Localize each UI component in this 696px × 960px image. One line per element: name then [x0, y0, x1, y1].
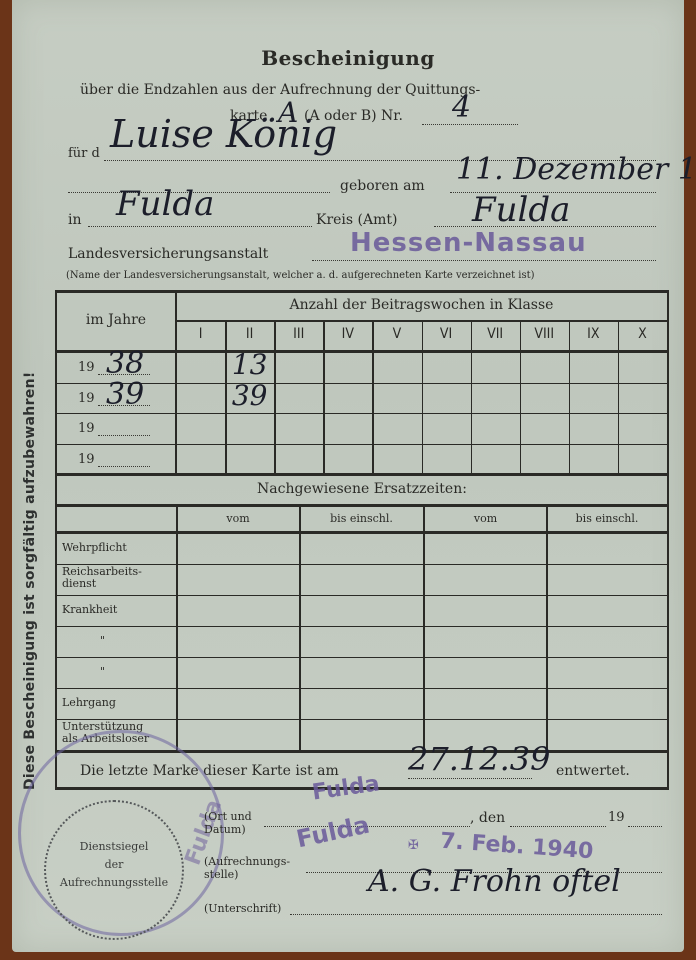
substitute-row-label: Wehrpflicht — [62, 542, 127, 554]
class-column-divider — [520, 321, 522, 473]
substitute-header-divider — [57, 504, 667, 507]
insurer-label: Landesversicherungsanstalt — [68, 246, 268, 262]
year-row-divider — [57, 383, 667, 384]
substitute-header: Nachgewiesene Ersatzzeiten: — [57, 481, 667, 497]
year-prefix: 19 — [78, 421, 95, 436]
substitute-row-divider — [57, 564, 667, 565]
district: Fulda — [472, 190, 570, 230]
year-header: im Jahre — [57, 312, 175, 328]
birthplace-line — [88, 226, 312, 227]
sub-col-divider-3 — [423, 505, 425, 750]
substitute-columns-divider — [57, 531, 667, 534]
weeks-cell: 39 — [225, 379, 274, 412]
seal-line-1: Dienstsiegel — [44, 840, 184, 853]
class-header-5: V — [372, 326, 421, 342]
class-header-1: I — [176, 326, 225, 342]
substitute-row-label: " — [100, 635, 105, 647]
document-title: Bescheinigung — [0, 46, 696, 70]
class-column-divider — [422, 321, 424, 473]
district-label: Kreis (Amt) — [316, 212, 397, 228]
table-left-border — [55, 290, 57, 788]
card-number: 4 — [452, 90, 471, 125]
year-value: 39 — [106, 377, 144, 412]
class-column-divider — [274, 321, 276, 473]
year-label: 19 — [608, 810, 625, 825]
year-prefix: 19 — [78, 452, 95, 467]
class-header-9: IX — [569, 326, 618, 342]
weeks-cell: 13 — [225, 348, 274, 381]
insurer-stamp: Hessen-Nassau — [350, 228, 587, 258]
classes-header: Anzahl der Beitragswochen in Klasse — [176, 297, 667, 313]
class-column-divider — [618, 321, 620, 473]
last-stamp-suffix: entwertet. — [556, 763, 630, 779]
substitute-row-divider — [57, 719, 667, 720]
side-note: Diese Bescheinigung ist sorgfältig aufzu… — [22, 371, 38, 790]
office-label-2: stelle) — [204, 868, 238, 881]
year-row-divider — [57, 413, 667, 414]
class-column-divider — [471, 321, 473, 473]
seal-line-2: der — [44, 858, 184, 871]
place-label-1: (Ort und — [204, 810, 252, 823]
den-label: , den — [470, 810, 505, 826]
office-label-1: (Aufrechnungs- — [204, 855, 290, 868]
person-name: Luise König — [110, 112, 337, 156]
class-column-divider — [372, 321, 374, 473]
place-label-2: Datum) — [204, 823, 246, 836]
contributions-bottom-border — [57, 473, 667, 476]
class-header-2: II — [225, 326, 274, 342]
insurer-line — [312, 260, 656, 261]
sub-col-divider-1 — [176, 505, 178, 750]
table-top-border — [55, 290, 669, 293]
table-right-border — [667, 290, 669, 788]
signature-line — [290, 914, 662, 915]
birth-date: 11. Dezember 1920 — [456, 152, 696, 187]
column-bis-2: bis einschl. — [547, 512, 667, 525]
last-stamp-line — [408, 778, 532, 779]
date-line — [510, 826, 606, 827]
column-bis-1: bis einschl. — [300, 512, 423, 525]
year-prefix: 19 — [78, 391, 95, 406]
header-bottom-border — [57, 350, 667, 353]
class-column-divider — [569, 321, 571, 473]
year-line — [98, 435, 150, 436]
substitute-row-label: Lehrgang — [62, 697, 116, 709]
sub-col-divider-2 — [299, 505, 301, 750]
for-label: für d — [68, 146, 100, 161]
substitute-row-label: Krankheit — [62, 604, 117, 616]
class-header-10: X — [618, 326, 667, 342]
substitute-row-label: Reichsarbeits- dienst — [62, 566, 142, 590]
sub-col-divider-4 — [546, 505, 548, 750]
year-prefix: 19 — [78, 360, 95, 375]
birthplace: Fulda — [116, 184, 214, 224]
year-line — [628, 826, 662, 827]
class-header-3: III — [274, 326, 323, 342]
column-vom-2: vom — [425, 512, 546, 525]
substitute-row-divider — [57, 626, 667, 627]
substitute-row-divider — [57, 657, 667, 658]
in-label: in — [68, 212, 82, 228]
substitute-row-divider — [57, 595, 667, 596]
born-label: geboren am — [340, 178, 425, 194]
stamp-emblem-icon: ✠ — [408, 838, 419, 853]
last-stamp-date: 27.12.39 — [408, 740, 551, 778]
class-column-divider — [323, 321, 325, 473]
insurer-note: (Name der Landesversicherungsanstalt, we… — [66, 270, 535, 281]
year-line — [98, 466, 150, 467]
class-header-7: VII — [471, 326, 520, 342]
class-header-6: VI — [422, 326, 471, 342]
substitute-row-label: " — [100, 666, 105, 678]
class-header-4: IV — [323, 326, 372, 342]
substitute-row-divider — [57, 688, 667, 689]
column-vom-1: vom — [177, 512, 299, 525]
class-header-8: VIII — [520, 326, 569, 342]
year-row-divider — [57, 444, 667, 445]
signature: A. G. Frohn oftel — [368, 864, 621, 899]
seal-line-3: Aufrechnungsstelle — [44, 876, 184, 889]
signature-label: (Unterschrift) — [204, 902, 281, 915]
